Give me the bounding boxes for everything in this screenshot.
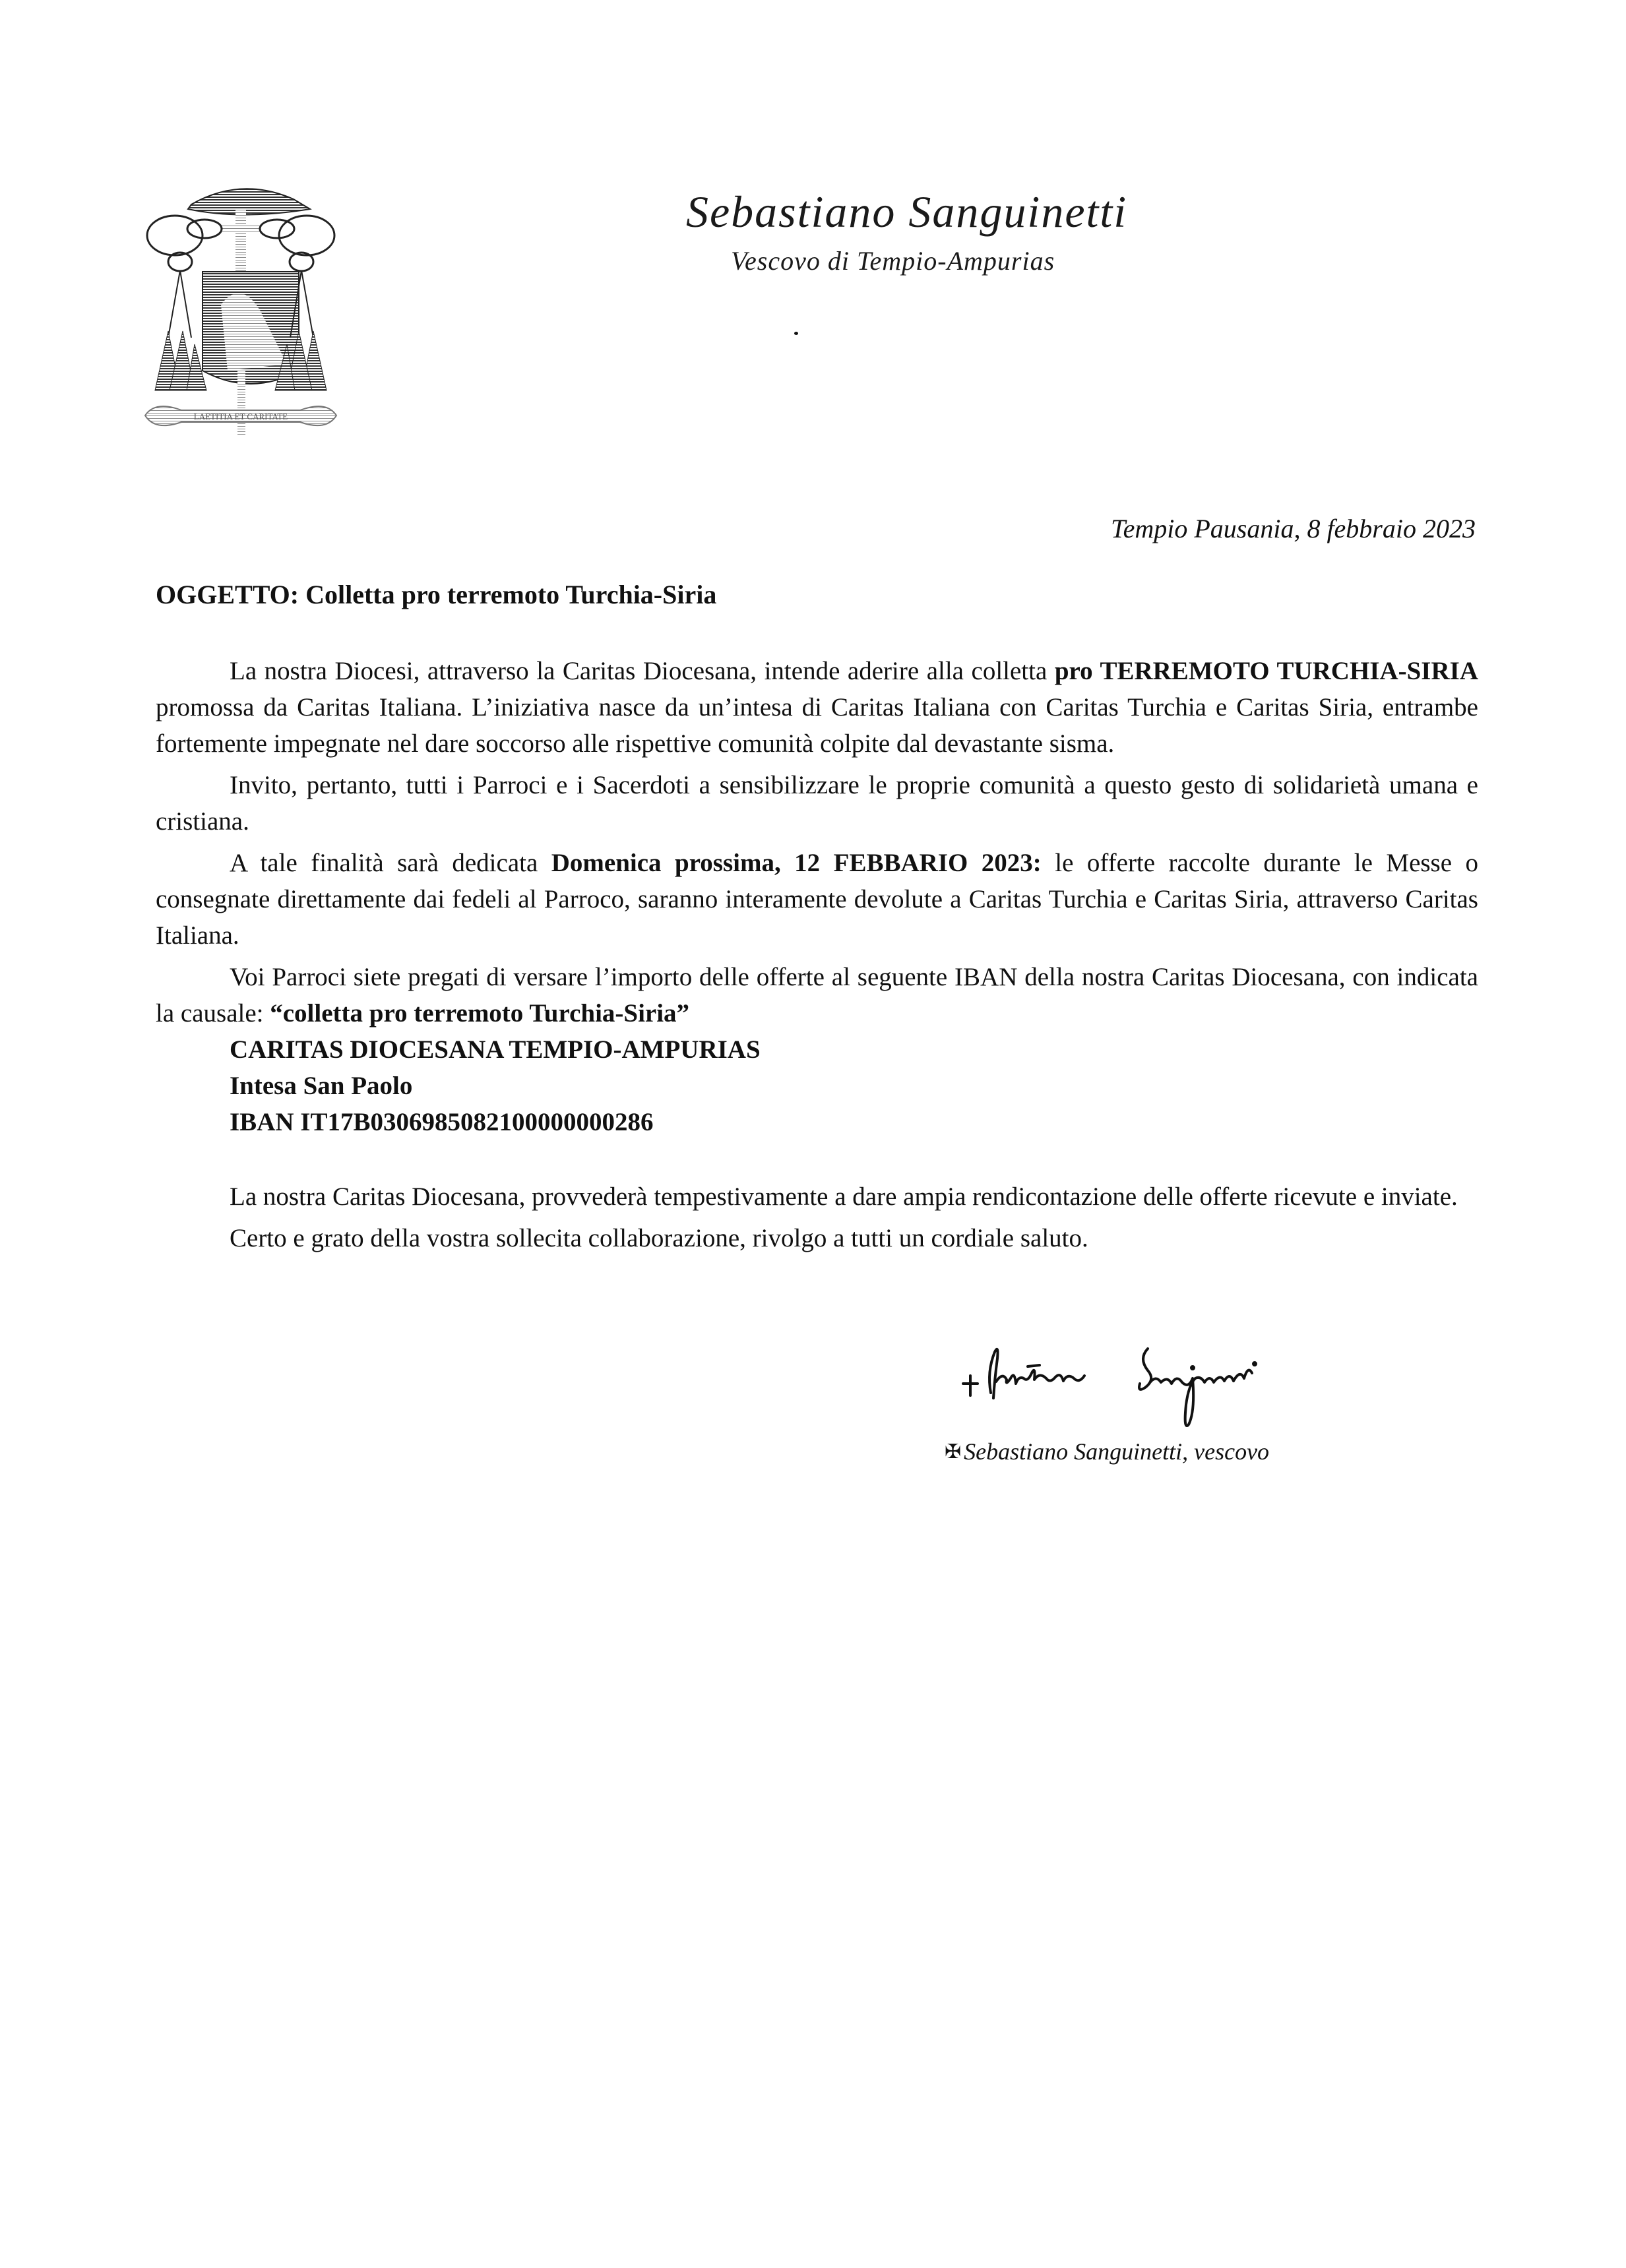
episcopal-cross-icon: ✠ <box>945 1440 961 1463</box>
bank-details: CARITAS DIOCESANA TEMPIO-AMPURIAS Intesa… <box>156 1031 1478 1140</box>
signatory-name: Sebastiano Sanguinetti, vescovo <box>964 1438 1269 1465</box>
paragraph-1: La nostra Diocesi, attraverso la Caritas… <box>156 653 1478 762</box>
bank-name: Intesa San Paolo <box>230 1068 1478 1104</box>
scan-speck <box>794 332 798 335</box>
subject-text: Colletta pro terremoto Turchia-Siria <box>305 580 716 609</box>
paragraph-5: La nostra Caritas Diocesana, provvederà … <box>156 1179 1478 1215</box>
motto-text: LAETITIA ET CARITATE <box>194 412 288 421</box>
iban: IBAN IT17B0306985082100000000286 <box>230 1104 1478 1140</box>
date-line: Tempio Pausania, 8 febbraio 2023 <box>1111 513 1476 544</box>
coat-of-arms-icon: LAETITIA ET CARITATE <box>129 173 353 450</box>
subject-label: OGGETTO: <box>156 580 299 609</box>
payment-reference: “colletta pro terremoto Turchia-Siria” <box>270 999 689 1027</box>
paragraph-3: A tale finalità sarà dedicata Domenica p… <box>156 845 1478 954</box>
handwritten-signature-icon <box>950 1332 1319 1431</box>
paragraph-6: Certo e grato della vostra sollecita col… <box>156 1220 1478 1256</box>
collection-date: Domenica prossima, 12 FEBBARIO 2023: <box>551 849 1042 877</box>
collection-name: pro TERREMOTO TURCHIA-SIRIA <box>1055 657 1478 685</box>
letterhead-title: Vescovo di Tempio-Ampurias <box>731 245 1055 276</box>
letterhead-name: Sebastiano Sanguinetti <box>686 186 1127 238</box>
letter-body: La nostra Diocesi, attraverso la Caritas… <box>156 653 1478 1256</box>
paragraph-2: Invito, pertanto, tutti i Parroci e i Sa… <box>156 767 1478 840</box>
subject-line: OGGETTO: Colletta pro terremoto Turchia-… <box>156 579 716 610</box>
signature-caption: ✠Sebastiano Sanguinetti, vescovo <box>945 1438 1269 1465</box>
letter-page: LAETITIA ET CARITATE Sebastiano Sanguine… <box>0 0 1626 2268</box>
paragraph-4: Voi Parroci siete pregati di versare l’i… <box>156 959 1478 1031</box>
beneficiary-name: CARITAS DIOCESANA TEMPIO-AMPURIAS <box>230 1031 1478 1068</box>
